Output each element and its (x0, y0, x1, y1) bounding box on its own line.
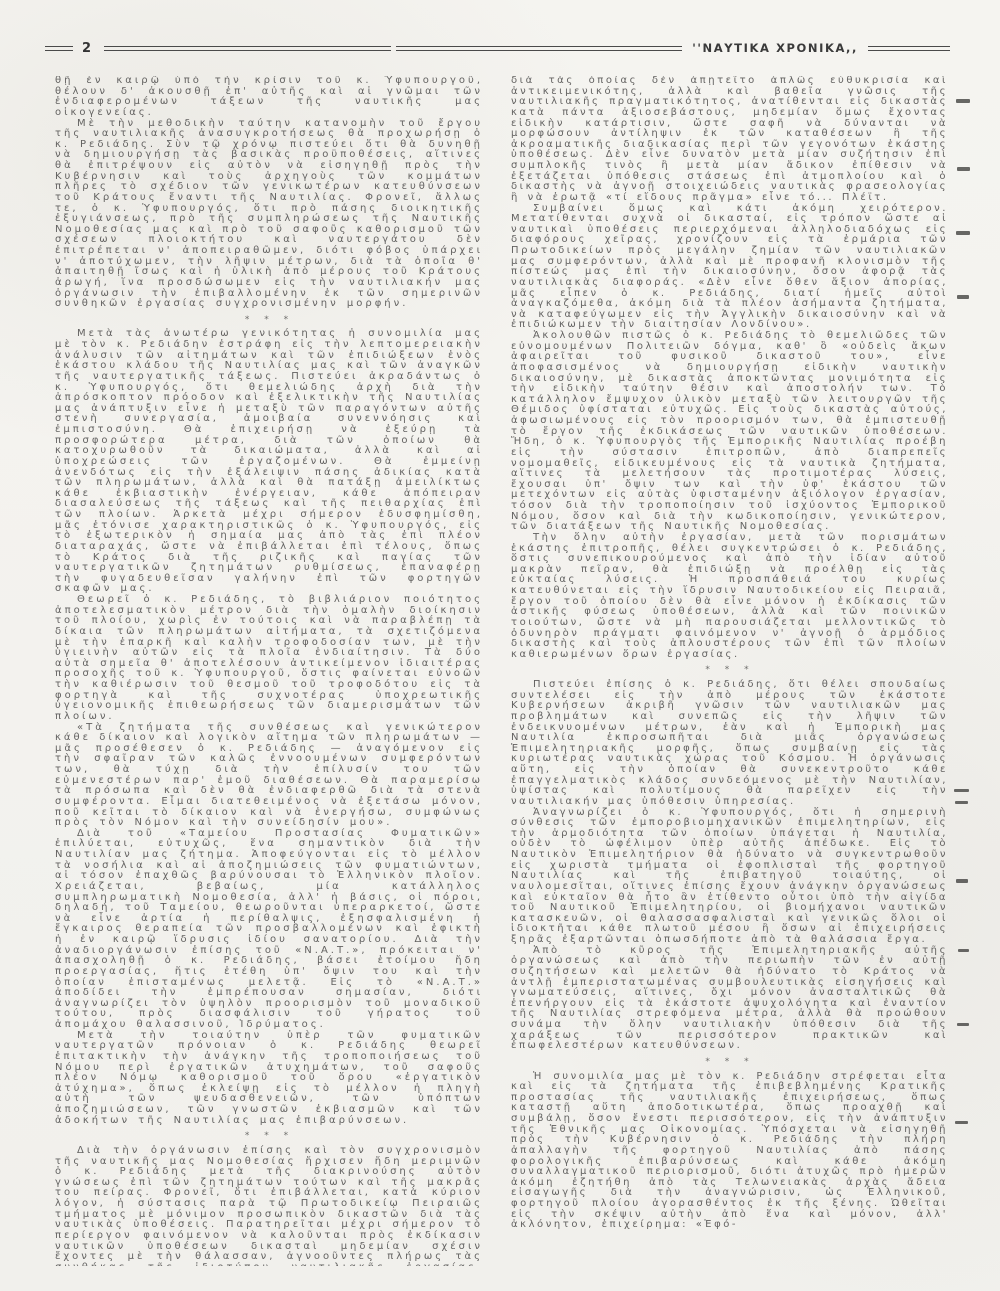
paragraph: «Τὰ ζητήματα τῆς συνθέσεως καὶ γενικώτερ… (55, 723, 483, 829)
paragraph: Μετὰ τὴν τοιαύτην ὑπὲρ τῶν φυματικῶν ναυ… (55, 1031, 483, 1127)
paragraph: Ἀπὸ τὸ κῦρος τῆς Ἐπιμελητηριακῆς αὐτῆς ὀ… (511, 946, 948, 1052)
section-separator: * * * (511, 665, 948, 676)
page-header: 2 ''ΝΑΥΤΙΚΑ ΧΡΟΝΙΚΑ,, (45, 41, 950, 55)
scan-mark (955, 801, 968, 804)
scan-mark (955, 1121, 968, 1124)
paragraph: Διὰ τὴν ὀργάνωσιν ἐπίσης καὶ τὸν συγχρον… (55, 1146, 483, 1266)
scan-mark (958, 949, 969, 952)
paragraph: Τὴν ὅλην αὐτὴν ἐργασίαν, μετὰ τῶν πορισμ… (511, 533, 948, 661)
section-separator: * * * (511, 1057, 948, 1068)
scan-mark (956, 879, 968, 883)
magazine-title: ''ΝΑΥΤΙΚΑ ΧΡΟΝΙΚΑ,, (692, 41, 858, 55)
header-rule-b (396, 46, 683, 51)
paragraph: Μετὰ τὰς ἀνωτέρω γενικότητας ἡ συνομιλία… (55, 329, 483, 595)
header-rule-left-stub (45, 46, 73, 51)
paragraph: Θεωρεῖ ὁ κ. Ρεδιάδης, τὸ βιβλιάριον ποιό… (55, 595, 483, 723)
paragraph: Μὲ τὴν μεθοδικὴν ταύτην κατανομὴν τοῦ ἔρ… (55, 119, 483, 310)
scan-mark (956, 231, 970, 235)
paragraph: Ἡ συνομιλία μας μὲ τὸν κ. Ρεδιάδην στρέφ… (511, 1072, 948, 1231)
text-column-left: θῇ ἐν καιρῷ ὑπὸ τὴν κρίσιν τοῦ κ. Ὑφυπου… (55, 76, 483, 1266)
scan-mark (957, 1023, 969, 1026)
paragraph: Συμβαίνει ὅμως καὶ κάτι ἀκόμη χειρότερον… (511, 204, 948, 332)
scan-mark (957, 295, 969, 299)
paragraph: Πιστεύει ἐπίσης ὁ κ. Ρεδιάδης, ὅτι θέλει… (511, 680, 948, 808)
paragraph: Διὰ τοῦ «Ταμείου Προστασίας Φυματικῶν» ἐ… (55, 829, 483, 1031)
section-separator: * * * (55, 1131, 483, 1142)
text-column-right: διὰ τὰς ὁποίας δὲν ἀπῃτεῖτο ἁπλῶς εὐθυκρ… (511, 76, 948, 1268)
header-rule-right (868, 46, 950, 51)
scan-mark (954, 789, 969, 792)
scan-mark (957, 167, 970, 171)
section-separator: * * * (55, 315, 483, 326)
scanned-magazine-page: 2 ''ΝΑΥΤΙΚΑ ΧΡΟΝΙΚΑ,, θῇ ἐν καιρῷ ὑπὸ τὴ… (0, 0, 1000, 1291)
scan-mark (956, 99, 970, 103)
paragraph: θῇ ἐν καιρῷ ὑπὸ τὴν κρίσιν τοῦ κ. Ὑφυπου… (55, 76, 483, 119)
paragraph: διὰ τὰς ὁποίας δὲν ἀπῃτεῖτο ἁπλῶς εὐθυκρ… (511, 76, 948, 204)
paragraph: Ἀκολουθῶν πιστῶς ὁ κ. Ρεδιάδης τὸ θεμελι… (511, 331, 948, 533)
paragraph: Ἀναγνωρίζει ὁ κ. Ὑφυπουργός, ὅτι ἡ σημερ… (511, 808, 948, 946)
page-number: 2 (82, 41, 92, 56)
header-rule-a (104, 46, 391, 51)
